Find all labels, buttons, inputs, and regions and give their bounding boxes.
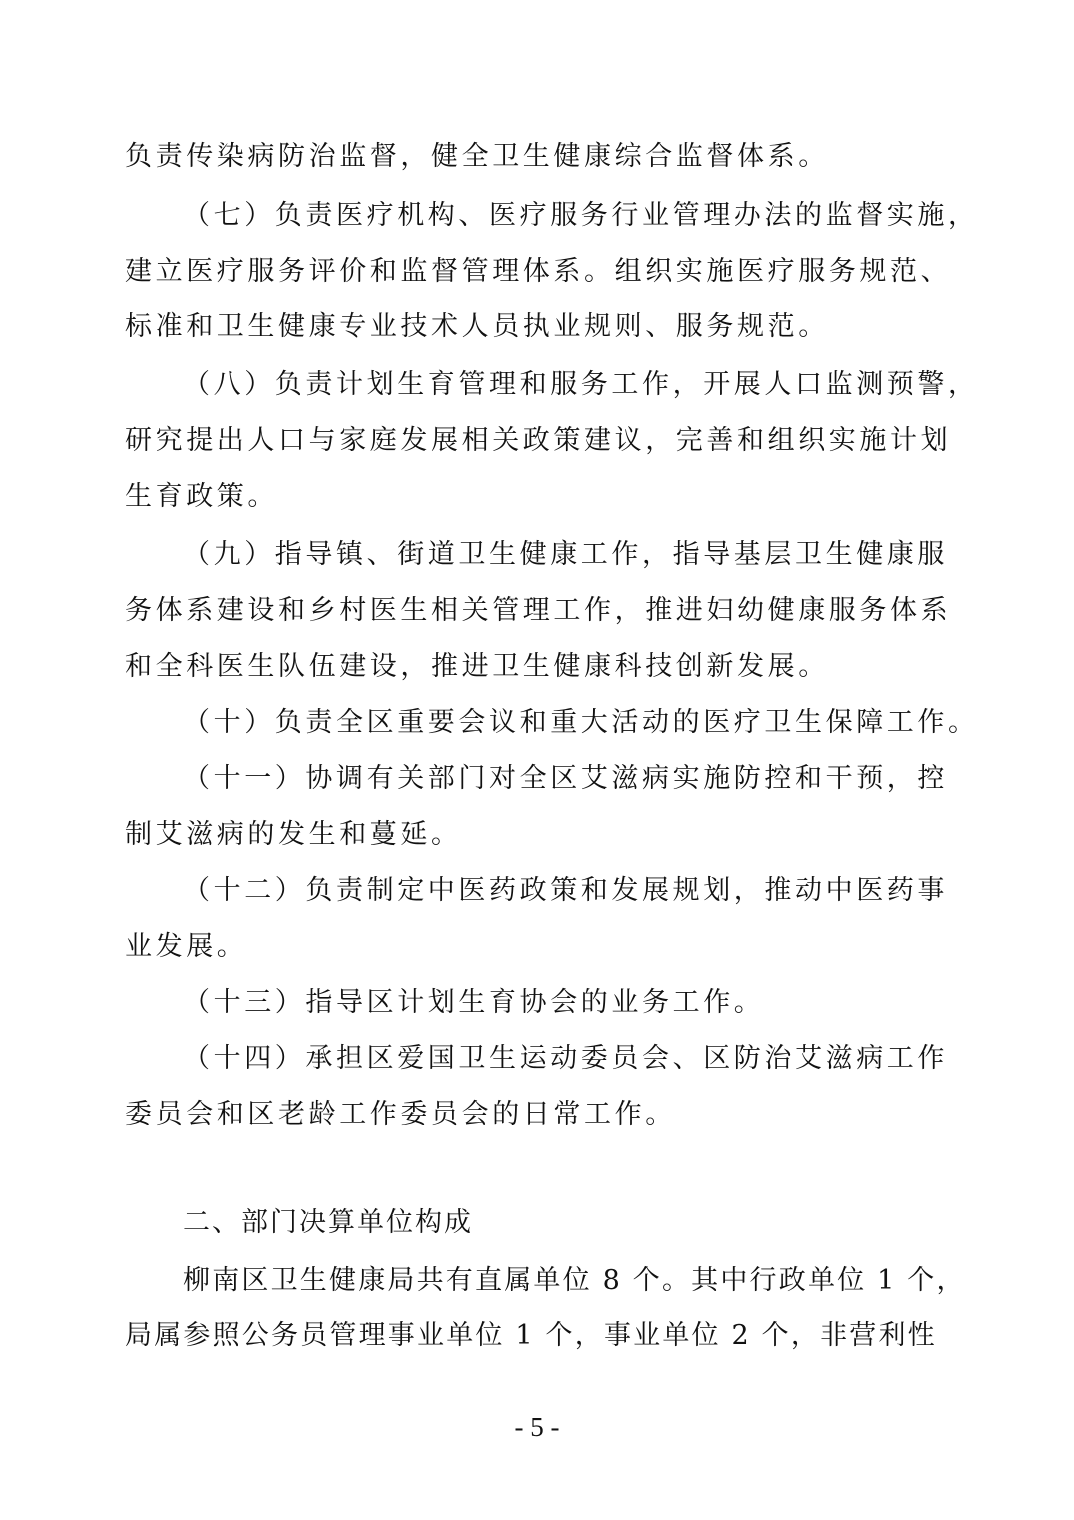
paragraph-line: 建立医疗服务评价和监督管理体系。组织实施医疗服务规范、 (125, 255, 915, 289)
paragraph-line: （十）负责全区重要会议和重大活动的医疗卫生保障工作。 (183, 706, 915, 740)
document-page: 负责传染病防治监督，健全卫生健康综合监督体系。 （七）负责医疗机构、医疗服务行业… (0, 0, 1074, 1520)
paragraph-line: 负责传染病防治监督，健全卫生健康综合监督体系。 (125, 140, 915, 174)
paragraph-line: 局属参照公务员管理事业单位 1 个，事业单位 2 个，非营利性 (125, 1319, 915, 1353)
paragraph-line: 标准和卫生健康专业技术人员执业规则、服务规范。 (125, 310, 915, 344)
paragraph-line: （十二）负责制定中医药政策和发展规划，推动中医药事 (183, 874, 915, 908)
paragraph-line: 业发展。 (125, 930, 915, 964)
paragraph-line: （八）负责计划生育管理和服务工作，开展人口监测预警， (183, 368, 915, 402)
paragraph-line: 柳南区卫生健康局共有直属单位 8 个。其中行政单位 1 个， (183, 1264, 915, 1298)
paragraph-line: 委员会和区老龄工作委员会的日常工作。 (125, 1098, 915, 1132)
paragraph-line: （七）负责医疗机构、医疗服务行业管理办法的监督实施， (183, 199, 915, 233)
page-number: - 5 - (0, 1412, 1074, 1443)
paragraph-line: （十一）协调有关部门对全区艾滋病实施防控和干预，控 (183, 762, 915, 796)
paragraph-line: 务体系建设和乡村医生相关管理工作，推进妇幼健康服务体系 (125, 594, 915, 628)
paragraph-line: 制艾滋病的发生和蔓延。 (125, 818, 915, 852)
paragraph-line: 和全科医生队伍建设，推进卫生健康科技创新发展。 (125, 650, 915, 684)
paragraph-line: （十四）承担区爱国卫生运动委员会、区防治艾滋病工作 (183, 1042, 915, 1076)
paragraph-line: （十三）指导区计划生育协会的业务工作。 (183, 986, 915, 1020)
paragraph-line: 生育政策。 (125, 480, 915, 514)
paragraph-line: 研究提出人口与家庭发展相关政策建议，完善和组织实施计划 (125, 424, 915, 458)
section-heading: 二、部门决算单位构成 (183, 1206, 915, 1240)
paragraph-line: （九）指导镇、街道卫生健康工作，指导基层卫生健康服 (183, 538, 915, 572)
